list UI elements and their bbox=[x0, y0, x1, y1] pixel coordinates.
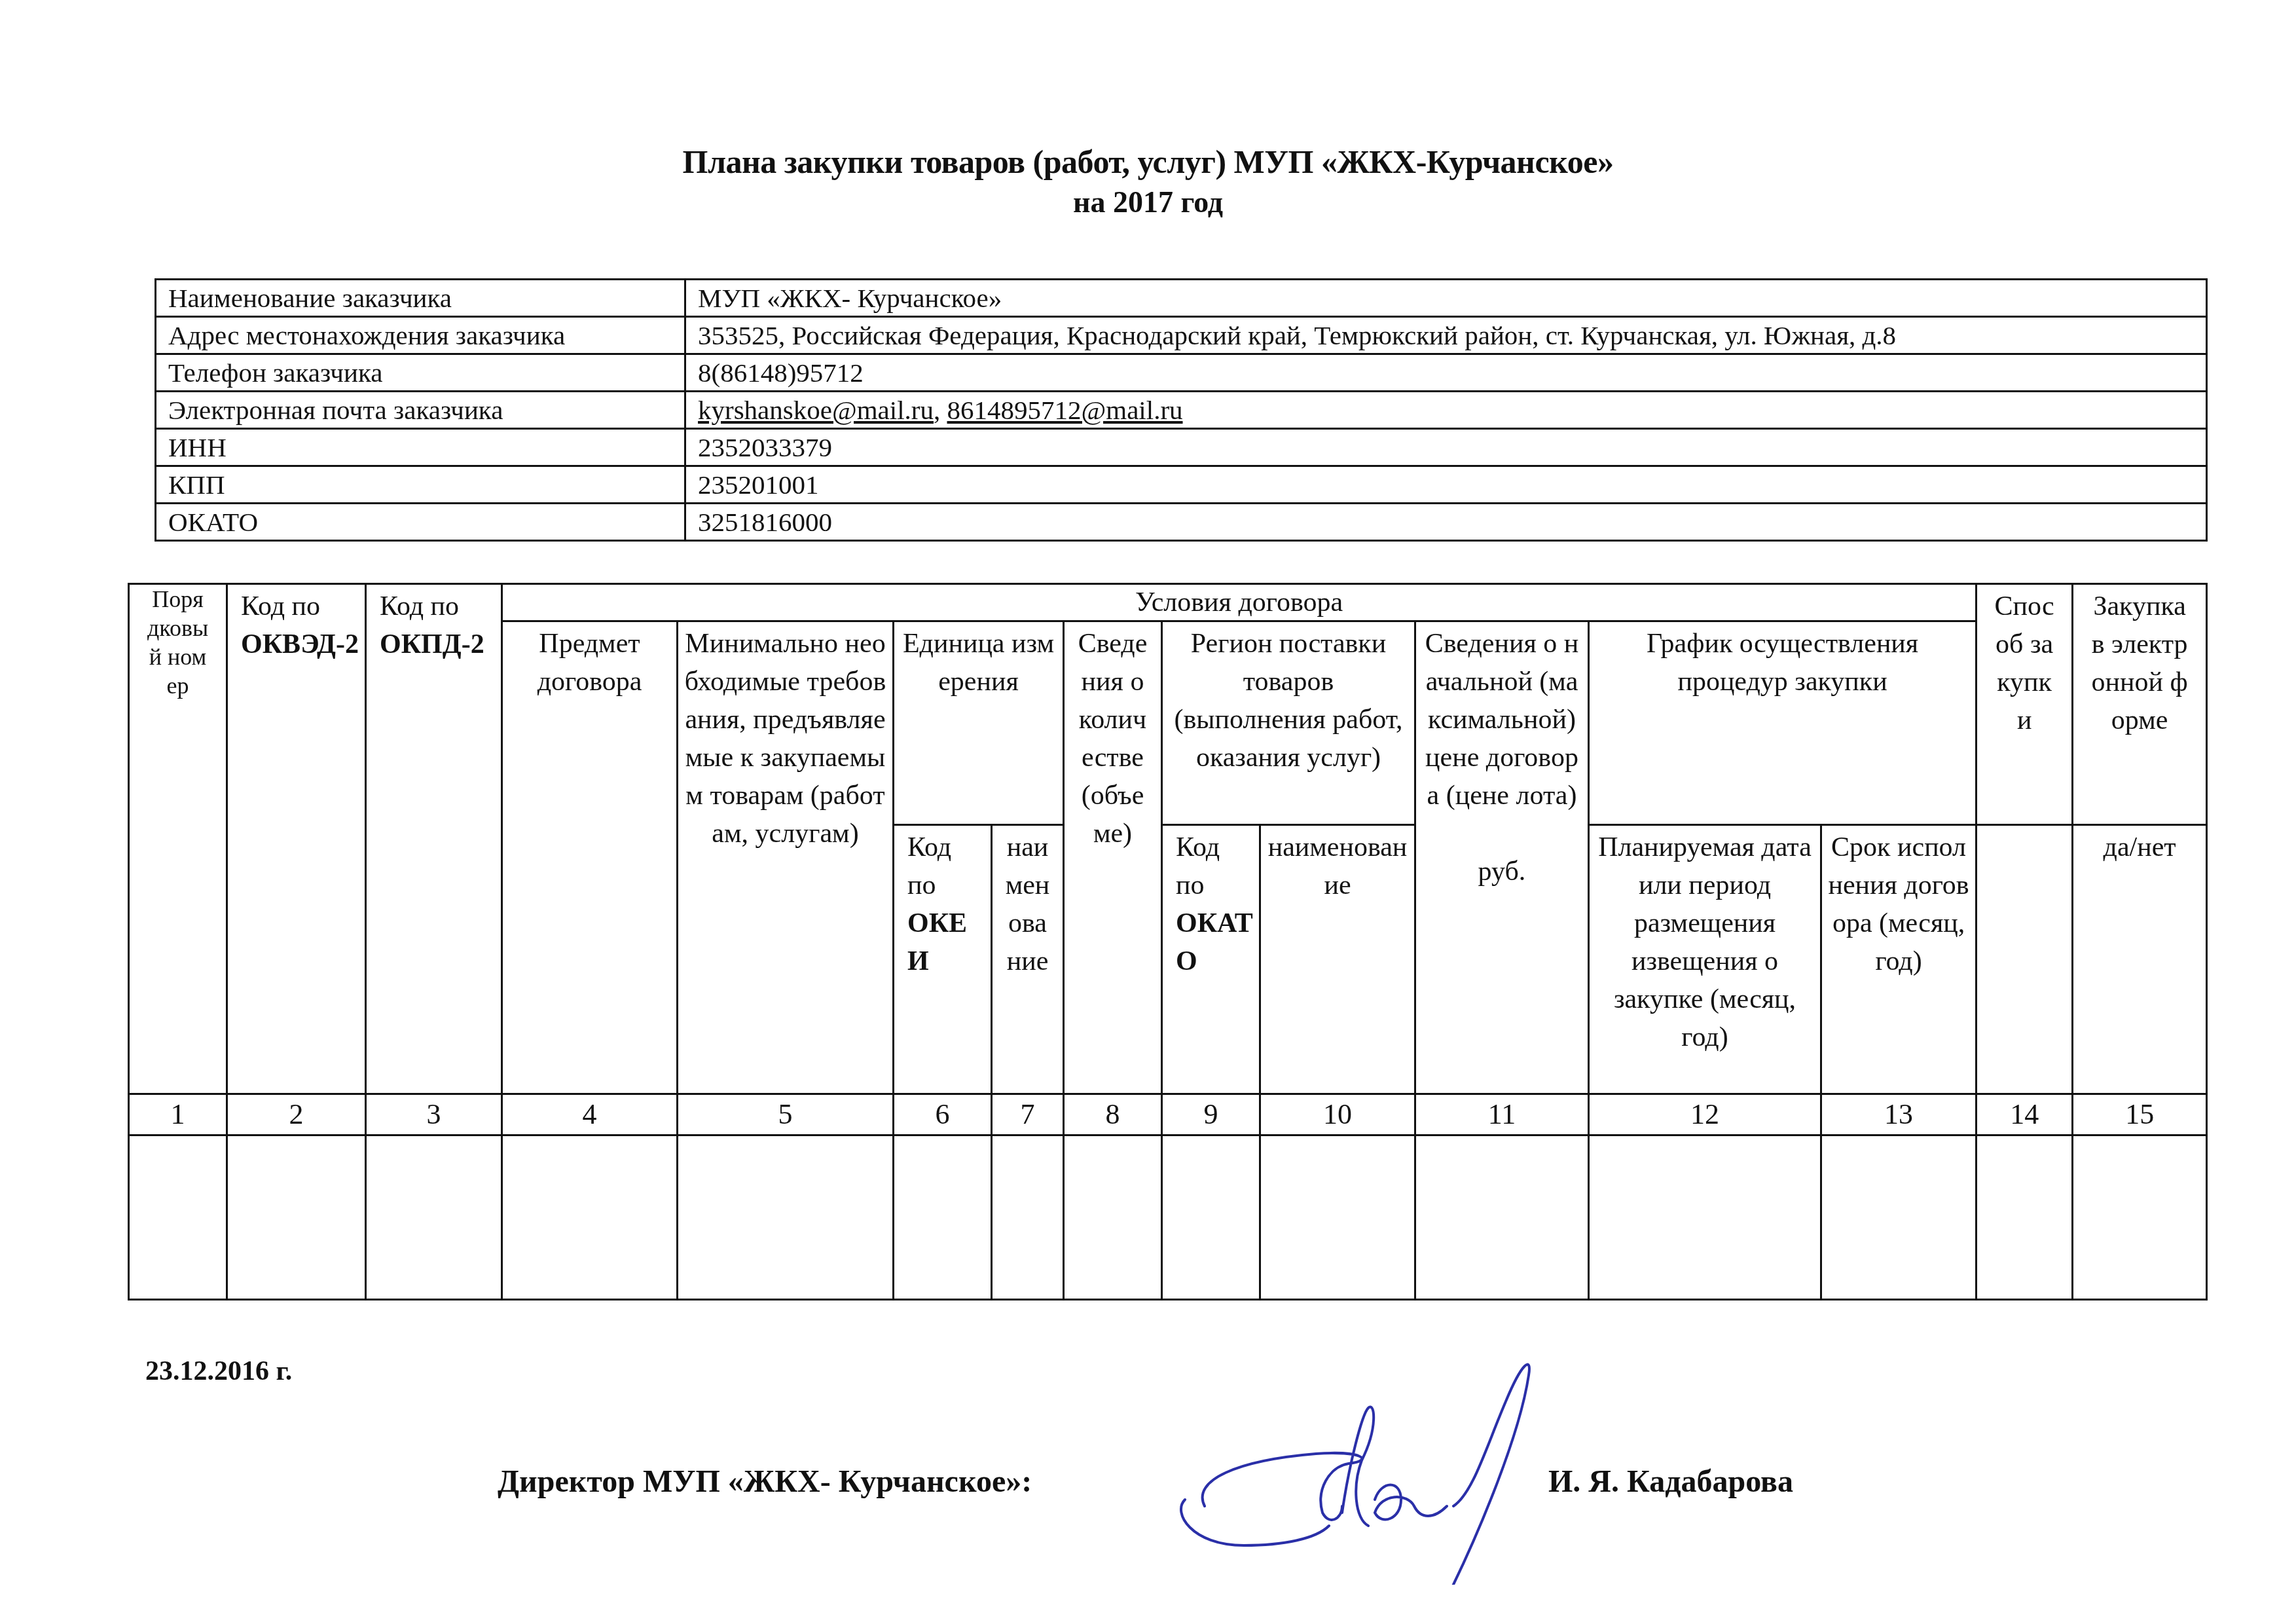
info-row-email: Электронная почта заказчика kyrshanskoe@… bbox=[156, 392, 2207, 429]
column-number: 9 bbox=[1162, 1094, 1260, 1135]
table-cell[interactable] bbox=[1977, 1135, 2073, 1300]
header-electronic-sub: да/нет bbox=[2073, 825, 2207, 1094]
column-number: 11 bbox=[1415, 1094, 1589, 1135]
info-label: КПП bbox=[156, 466, 685, 504]
info-row-phone: Телефон заказчика 8(86148)95712 bbox=[156, 354, 2207, 392]
header-subject: Предмет договора bbox=[502, 621, 678, 1094]
header-schedule: График осуществления процедур закупки bbox=[1589, 621, 1977, 825]
column-number: 7 bbox=[992, 1094, 1064, 1135]
header-okved: Код поОКВЭД-2 bbox=[227, 584, 366, 1094]
info-value: 2352033379 bbox=[685, 429, 2207, 466]
table-row bbox=[129, 1135, 2207, 1300]
info-label: Наименование заказчика bbox=[156, 280, 685, 317]
header-unit: Единица измерения bbox=[894, 621, 1064, 825]
header-planned-date: Планируемая дата или период размещения и… bbox=[1589, 825, 1821, 1094]
header-unit-code-value: ОКЕИ bbox=[907, 908, 967, 976]
header-term: Срок исполнения договора (месяц, год) bbox=[1821, 825, 1977, 1094]
table-cell[interactable] bbox=[678, 1135, 894, 1300]
table-cell[interactable] bbox=[1821, 1135, 1977, 1300]
info-row-address: Адрес местонахождения заказчика 353525, … bbox=[156, 317, 2207, 354]
header-row-1: Порядковый номер Код поОКВЭД-2 Код поОКП… bbox=[129, 584, 2207, 621]
header-unit-code: Код поОКЕИ bbox=[894, 825, 992, 1094]
info-row-okato: ОКАТО 3251816000 bbox=[156, 504, 2207, 541]
info-row-name: Наименование заказчика МУП «ЖКХ- Курчанс… bbox=[156, 280, 2207, 317]
info-value: 235201001 bbox=[685, 466, 2207, 504]
customer-info-table: Наименование заказчика МУП «ЖКХ- Курчанс… bbox=[155, 278, 2208, 542]
email-link-1[interactable]: kyrshanskoe@mail.ru bbox=[698, 395, 934, 425]
procurement-plan-table: Порядковый номер Код поОКВЭД-2 Код поОКП… bbox=[128, 583, 2208, 1301]
info-label: Адрес местонахождения заказчика bbox=[156, 317, 685, 354]
info-row-inn: ИНН 2352033379 bbox=[156, 429, 2207, 466]
document-title-block: Плана закупки товаров (работ, услуг) МУП… bbox=[0, 141, 2296, 222]
table-cell[interactable] bbox=[502, 1135, 678, 1300]
table-cell[interactable] bbox=[366, 1135, 502, 1300]
table-cell[interactable] bbox=[2073, 1135, 2207, 1300]
column-number: 14 bbox=[1977, 1094, 2073, 1135]
column-number: 6 bbox=[894, 1094, 992, 1135]
column-number: 10 bbox=[1260, 1094, 1415, 1135]
column-number: 1 bbox=[129, 1094, 227, 1135]
document-subtitle: на 2017 год bbox=[0, 183, 2296, 222]
header-unit-code-prefix: Код по bbox=[907, 832, 951, 900]
handwritten-signature-icon bbox=[1165, 1349, 1676, 1585]
header-contract-terms: Условия договора bbox=[502, 584, 1977, 621]
email-link-2[interactable]: 8614895712@mail.ru bbox=[947, 395, 1183, 425]
info-label: Электронная почта заказчика bbox=[156, 392, 685, 429]
header-okpd-prefix: Код по bbox=[380, 591, 459, 621]
header-quantity: Сведения о количестве (объеме) bbox=[1064, 621, 1162, 1094]
info-value: kyrshanskoe@mail.ru, 8614895712@mail.ru bbox=[685, 392, 2207, 429]
header-order-number: Порядковый номер bbox=[129, 584, 227, 1094]
header-region-name: наименование bbox=[1260, 825, 1415, 1094]
table-cell[interactable] bbox=[1064, 1135, 1162, 1300]
header-electronic: Закупка в электронной форме bbox=[2073, 584, 2207, 825]
info-label: ОКАТО bbox=[156, 504, 685, 541]
header-method-cont bbox=[1977, 825, 2073, 1094]
table-cell[interactable] bbox=[992, 1135, 1064, 1300]
document-date: 23.12.2016 г. bbox=[145, 1356, 292, 1387]
column-number: 15 bbox=[2073, 1094, 2207, 1135]
header-region: Регион поставки товаров (выполнения рабо… bbox=[1162, 621, 1415, 825]
column-number: 4 bbox=[502, 1094, 678, 1135]
signatory-title: Директор МУП «ЖКХ- Курчанское»: bbox=[498, 1464, 1032, 1500]
document-title: Плана закупки товаров (работ, услуг) МУП… bbox=[0, 141, 2296, 183]
header-region-code-value: ОКАТО bbox=[1176, 908, 1253, 976]
header-okved-code: ОКВЭД-2 bbox=[241, 629, 359, 659]
table-cell[interactable] bbox=[129, 1135, 227, 1300]
header-price: Сведения о начальной (максимальной) цене… bbox=[1415, 621, 1589, 1094]
column-number: 12 bbox=[1589, 1094, 1821, 1135]
table-cell[interactable] bbox=[227, 1135, 366, 1300]
header-price-unit: руб. bbox=[1478, 857, 1526, 887]
table-cell[interactable] bbox=[894, 1135, 992, 1300]
header-requirements: Минимально необходимые требования, предъ… bbox=[678, 621, 894, 1094]
table-cell[interactable] bbox=[1260, 1135, 1415, 1300]
table-cell[interactable] bbox=[1162, 1135, 1260, 1300]
header-region-code: Код поОКАТО bbox=[1162, 825, 1260, 1094]
header-okved-prefix: Код по bbox=[241, 591, 320, 621]
header-region-code-prefix: Код по bbox=[1176, 832, 1220, 900]
info-value: 3251816000 bbox=[685, 504, 2207, 541]
header-okpd: Код поОКПД-2 bbox=[366, 584, 502, 1094]
info-value: 8(86148)95712 bbox=[685, 354, 2207, 392]
info-label: Телефон заказчика bbox=[156, 354, 685, 392]
header-okpd-code: ОКПД-2 bbox=[380, 629, 484, 659]
info-value: МУП «ЖКХ- Курчанское» bbox=[685, 280, 2207, 317]
column-number: 2 bbox=[227, 1094, 366, 1135]
column-number: 8 bbox=[1064, 1094, 1162, 1135]
column-number-row: 123456789101112131415 bbox=[129, 1094, 2207, 1135]
column-number: 5 bbox=[678, 1094, 894, 1135]
header-unit-name: наименование bbox=[992, 825, 1064, 1094]
header-method: Способ закупки bbox=[1977, 584, 2073, 825]
column-number: 3 bbox=[366, 1094, 502, 1135]
table-cell[interactable] bbox=[1415, 1135, 1589, 1300]
info-value: 353525, Российская Федерация, Краснодарс… bbox=[685, 317, 2207, 354]
column-number: 13 bbox=[1821, 1094, 1977, 1135]
info-label: ИНН bbox=[156, 429, 685, 466]
info-row-kpp: КПП 235201001 bbox=[156, 466, 2207, 504]
header-price-label: Сведения о начальной (максимальной) цене… bbox=[1425, 629, 1578, 811]
table-cell[interactable] bbox=[1589, 1135, 1821, 1300]
